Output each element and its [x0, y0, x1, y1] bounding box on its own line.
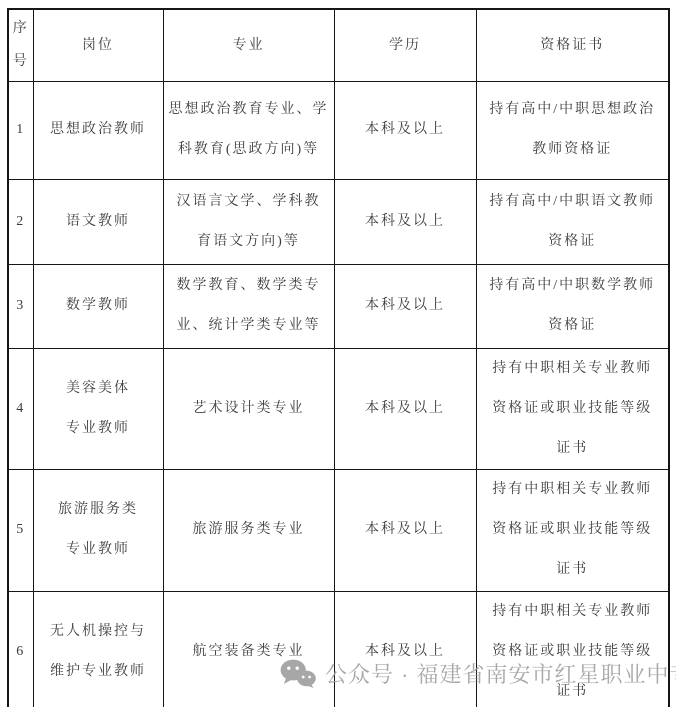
header-no: 序号	[8, 9, 33, 81]
table-row: 3 数学教师 数学教育、数学类专 业、统计学类专业等 本科及以上 持有高中/中职…	[8, 264, 669, 348]
cell-no: 5	[8, 469, 33, 591]
cell-major: 思想政治教育专业、学 科教育(思政方向)等	[163, 81, 334, 179]
cell-no: 6	[8, 591, 33, 707]
cell-education: 本科及以上	[334, 591, 476, 707]
header-education: 学历	[334, 9, 476, 81]
table-row: 2 语文教师 汉语言文学、学科教 育语文方向)等 本科及以上 持有高中/中职语文…	[8, 179, 669, 264]
cell-major: 旅游服务类专业	[163, 469, 334, 591]
cell-no: 2	[8, 179, 33, 264]
cell-certificate: 持有中职相关专业教师 资格证或职业技能等级 证书	[476, 469, 669, 591]
table-header-row: 序号 岗位 专业 学历 资格证书	[8, 9, 669, 81]
cell-education: 本科及以上	[334, 264, 476, 348]
cell-position: 无人机操控与 维护专业教师	[33, 591, 163, 707]
table-row: 4 美容美体 专业教师 艺术设计类专业 本科及以上 持有中职相关专业教师 资格证…	[8, 348, 669, 469]
cell-no: 3	[8, 264, 33, 348]
cell-certificate: 持有高中/中职思想政治 教师资格证	[476, 81, 669, 179]
header-certificate: 资格证书	[476, 9, 669, 81]
cell-position: 数学教师	[33, 264, 163, 348]
cell-education: 本科及以上	[334, 81, 476, 179]
cell-no: 4	[8, 348, 33, 469]
table-row: 5 旅游服务类 专业教师 旅游服务类专业 本科及以上 持有中职相关专业教师 资格…	[8, 469, 669, 591]
cell-position: 美容美体 专业教师	[33, 348, 163, 469]
cell-certificate: 持有高中/中职数学教师 资格证	[476, 264, 669, 348]
cell-major: 数学教育、数学类专 业、统计学类专业等	[163, 264, 334, 348]
cell-no: 1	[8, 81, 33, 179]
cell-major: 汉语言文学、学科教 育语文方向)等	[163, 179, 334, 264]
cell-position: 旅游服务类 专业教师	[33, 469, 163, 591]
table-row: 6 无人机操控与 维护专业教师 航空装备类专业 本科及以上 持有中职相关专业教师…	[8, 591, 669, 707]
cell-major: 艺术设计类专业	[163, 348, 334, 469]
recruitment-table: 序号 岗位 专业 学历 资格证书 1 思想政治教师 思想政治教育专业、学 科教育…	[7, 8, 670, 707]
cell-education: 本科及以上	[334, 348, 476, 469]
cell-education: 本科及以上	[334, 179, 476, 264]
header-position: 岗位	[33, 9, 163, 81]
cell-education: 本科及以上	[334, 469, 476, 591]
cell-major: 航空装备类专业	[163, 591, 334, 707]
table-row: 1 思想政治教师 思想政治教育专业、学 科教育(思政方向)等 本科及以上 持有高…	[8, 81, 669, 179]
cell-certificate: 持有高中/中职语文教师 资格证	[476, 179, 669, 264]
cell-position: 思想政治教师	[33, 81, 163, 179]
cell-position: 语文教师	[33, 179, 163, 264]
header-major: 专业	[163, 9, 334, 81]
cell-certificate: 持有中职相关专业教师 资格证或职业技能等级 证书	[476, 348, 669, 469]
cell-certificate: 持有中职相关专业教师 资格证或职业技能等级 证书	[476, 591, 669, 707]
